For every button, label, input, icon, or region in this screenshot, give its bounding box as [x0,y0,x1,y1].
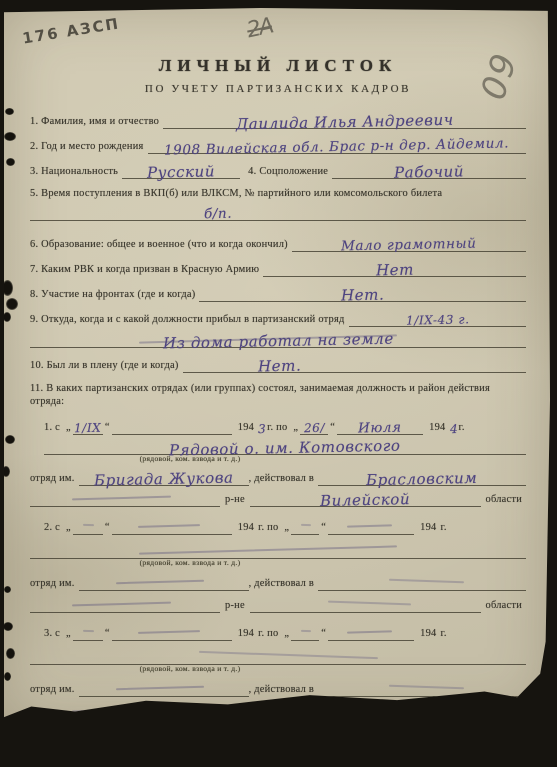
field-row-education: 6. Образование: общее и военное (что и к… [30,234,526,252]
acted-label: , действовал в [249,682,319,697]
unit-entry-position [30,541,526,559]
handwritten-acted: Брасловским [366,471,478,488]
unit-entry-region: р-не области [30,701,526,719]
date-line: 1/IX [73,417,103,435]
acted-line [318,573,526,591]
handwritten-year-digit: 3 [258,422,267,437]
punch-hole [4,132,16,141]
punch-hole [4,586,11,593]
handwritten-otryad: Бригада Жукова [94,471,234,489]
field-row-arrival-2: Из дома работал на земле [30,330,526,348]
quote-mark: „ [282,626,291,641]
handwritten-value: отряди им. Котовского [30,752,241,767]
year-printed: 194 [423,420,449,435]
field-row-party-line: б/п. [30,203,526,221]
otryad-line [79,573,249,591]
unit-entry-otryad: отряд им. Бригада Жукова , действовал в … [30,468,526,486]
punch-hole [6,158,15,166]
punch-hole [2,280,13,296]
field-line: Мало грамотный [292,234,526,252]
field-label: 3. Национальность [30,164,122,179]
unit-entry-otryad: отряд им. , действовал в [30,679,526,697]
field-label: 8. Участие на фронтах (где и когда) [30,287,199,302]
year-po: г. по [267,420,291,435]
entry-prefix: 2. с [44,520,64,535]
month-line [328,623,414,641]
handwritten-value: Русский [147,164,215,180]
handwritten-value: Рабочий [394,164,464,180]
unit-entry-position [30,647,526,665]
entry-prefix: 1. с [44,420,64,435]
year-g: г. [441,626,451,641]
date-line: 26/ [300,417,328,435]
field-row-surname: 1. Фамилия, имя и отчество Даилида Илья … [30,111,526,129]
punch-hole [3,312,11,322]
field-row-party: 5. Время поступления в ВКП(б) или ВЛКСМ,… [30,186,526,201]
field-row-units-header: 11. В каких партизанских отрядах (или гр… [30,382,526,408]
position-hint: (рядовой, ком. взвода и т. д.) [30,664,350,673]
rne-line: Вилейской [250,489,481,507]
otryad-label: отряд им. [30,576,79,591]
field-line: Нет. [199,284,526,302]
quote-mark: “ [103,626,112,641]
handwritten-value: 1/IX-43 г. [405,312,469,328]
handwritten-value: Из дома работал на земле [162,332,393,352]
blank-line [30,489,220,507]
year-g: г. [441,520,451,535]
position-line: Рядовой о. им. Котовского [44,437,526,455]
date-line [291,517,319,535]
acted-line: Брасловским [318,468,526,486]
field-row-nationality: 3. Национальность Русский 4. Соцположени… [30,161,526,179]
blank-line [112,417,232,435]
field-label: 11. В каких партизанских отрядах (или гр… [30,382,526,408]
field-label: 2. Год и место рождения [30,139,148,154]
punch-hole [6,298,18,310]
oblast-label: области [481,598,526,613]
year-po: г. по [258,626,282,641]
handwritten-value: 1908 Вилейская обл. Брас р-н дер. Айдеми… [164,136,509,158]
quote-mark: „ [64,626,73,641]
blank-line [112,517,232,535]
quote-mark: „ [282,520,291,535]
handwritten-value: б/п. [204,207,232,223]
document-paper: 176 АЗСП 2А 09 ЛИЧНЫЙ ЛИСТОК ПО УЧЕТУ ПА… [4,8,550,720]
field-row-arrival: 9. Откуда, когда и с какой должности при… [30,309,526,327]
handwritten-value: Даилида Илья Андреевич [236,113,454,133]
rne-label: р-не [220,704,250,719]
handwritten-date: 26/ [304,421,325,436]
year-printed: 194 [414,626,440,641]
quote-mark: „ [64,520,73,535]
date-line [291,623,319,641]
position-hint: (рядовой, ком. взвода и т. д.) [30,558,350,567]
handwritten-position: Рядовой о. им. Котовского [169,439,401,459]
position-line [30,647,526,665]
punch-hole [3,622,13,631]
otryad-line: Бригада Жукова [79,468,249,486]
field-label: 4. Соцположение [240,164,332,179]
quote-mark: “ [328,420,337,435]
rne-line [250,595,481,613]
otryad-label: отряд им. [30,682,79,697]
handwritten-value: Мало грамотный [341,237,477,255]
field-row-wounds: 12. Ранения и контузии (где и когда) Ран… [30,727,526,745]
punch-hole [5,108,14,115]
handwritten-date: 1/IX [74,421,102,437]
field-line: 1908 Вилейская обл. Брас р-н дер. Айдеми… [148,136,526,154]
date-line [73,517,103,535]
month-line: Июля [337,417,423,435]
month-line [328,517,414,535]
oblast-label: области [481,704,526,719]
unit-entry-dates: 1. с „ 1/IX “ 194 3 г. по „ 26/ “ Июля 1… [30,417,526,435]
field-label: 5. Время поступления в ВКП(б) или ВЛКСМ,… [30,186,446,201]
unit-entry-otryad: отряд им. , действовал в [30,573,526,591]
handwritten-value: Нет [376,263,414,279]
handwritten-region: Вилейской [320,492,411,509]
acted-label: , действовал в [249,471,319,486]
acted-line [318,679,526,697]
field-label: 6. Образование: общее и военное (что и к… [30,237,292,252]
handwritten-month: Июля [358,421,402,437]
field-label: 7. Каким РВК и когда призван в Красную А… [30,262,263,277]
unit-entry-dates: 3. с „ “ 194 г. по „ “ 194 г. [30,623,526,641]
unit-entry-dates: 2. с „ “ 194 г. по „ “ 194 г. [30,517,526,535]
year-printed: 194 [232,520,258,535]
year-po: г. по [258,520,282,535]
field-line: отряди им. Котовского [30,750,470,767]
quote-mark: “ [103,420,112,435]
field-line: Ранен в партизанским [203,727,526,745]
quote-mark: “ [103,520,112,535]
rne-label: р-не [220,598,250,613]
field-line: Нет. [183,355,526,373]
field-label: 9. Откуда, когда и с какой должности при… [30,312,349,327]
field-line: Рабочий [332,161,526,179]
rne-label: р-не [220,492,250,507]
unit-entry-region: р-не области [30,595,526,613]
acted-label: , действовал в [249,576,319,591]
field-row-rvk: 7. Каким РВК и когда призван в Красную А… [30,259,526,277]
field-row-captivity: 10. Был ли в плену (где и когда) Нет. [30,355,526,373]
year-printed: 194 [414,520,440,535]
punch-hole [6,648,15,659]
form-title: ЛИЧНЫЙ ЛИСТОК [30,56,526,76]
unit-entry-region: р-не Вилейской области [30,489,526,507]
punch-hole [5,435,15,444]
field-label: 1. Фамилия, имя и отчество [30,114,163,129]
quote-mark: “ [319,626,328,641]
handwritten-value: Ранен в партизанским [266,729,463,748]
otryad-line [79,679,249,697]
field-line: Нет [263,259,526,277]
handwritten-value: Нет. [257,359,301,375]
field-label: 10. Был ли в плену (где и когда) [30,358,183,373]
handwritten-value: Нет. [341,288,385,304]
field-row-birth: 2. Год и место рождения 1908 Вилейская о… [30,136,526,154]
year-printed: 194 [232,626,258,641]
field-line: б/п. [30,203,526,221]
field-label: 12. Ранения и контузии (где и когда) [30,730,203,745]
entry-prefix: 3. с [44,626,64,641]
year-g: г. [459,420,469,435]
date-line [73,623,103,641]
quote-mark: „ [64,420,73,435]
handwritten-year-digit: 4 [449,422,458,437]
oblast-label: области [481,492,526,507]
position-line [30,541,526,559]
unit-entry-position: Рядовой о. им. Котовского [30,437,526,455]
punch-hole [4,672,11,681]
field-line: Даилида Илья Андреевич [163,111,526,129]
quote-mark: “ [319,520,328,535]
blank-line [30,701,220,719]
otryad-label: отряд им. [30,471,79,486]
field-line: Из дома работал на земле [30,330,526,348]
field-row-wounds-2: отряди им. Котовского [30,750,526,767]
quote-mark: „ [291,420,300,435]
field-row-fronts: 8. Участие на фронтах (где и когда) Нет. [30,284,526,302]
punch-hole [2,466,10,477]
rne-line [250,701,481,719]
form-subtitle: ПО УЧЕТУ ПАРТИЗАНСКИХ КАДРОВ [30,83,526,95]
year-printed: 194 [232,420,258,435]
field-line: Русский [122,161,240,179]
field-line: 1/IX-43 г. [349,309,526,327]
blank-line [112,623,232,641]
blank-line [30,595,220,613]
